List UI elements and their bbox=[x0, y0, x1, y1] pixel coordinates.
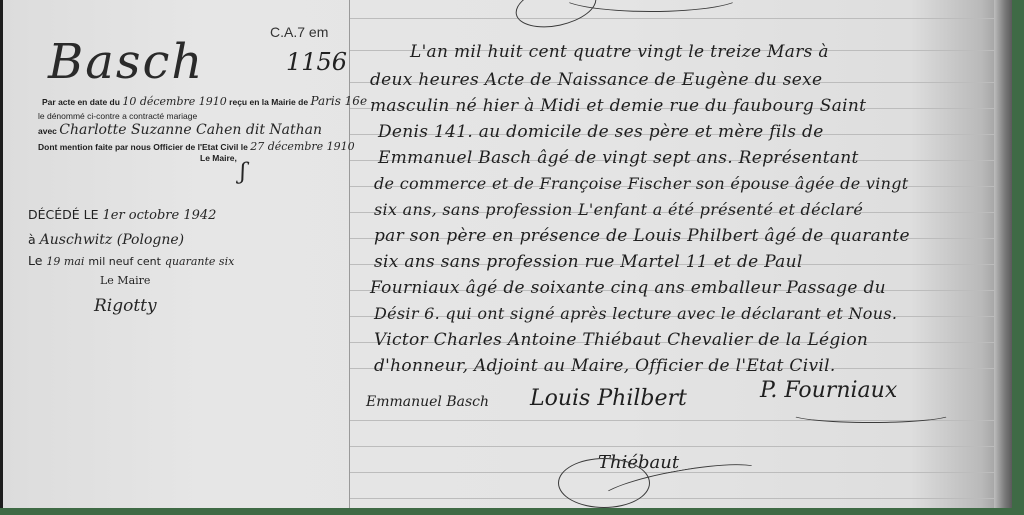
entry-number: 1156 bbox=[286, 48, 347, 76]
printed-text: à bbox=[28, 232, 36, 247]
printed-text: Dont mention faite par nous Officier de … bbox=[38, 142, 248, 152]
signature-witness-1: Louis Philbert bbox=[530, 386, 687, 411]
page-edge bbox=[0, 0, 3, 508]
death-label: DÉCÉDÉ LE bbox=[28, 207, 99, 222]
printed-text: mil neuf cent bbox=[88, 255, 161, 268]
handwritten-death-date: 1er octobre 1942 bbox=[103, 208, 217, 223]
register-page: Basch C.A.7 em 1156 Par acte en date du … bbox=[0, 0, 1012, 508]
body-line-8: par son père en présence de Louis Philbe… bbox=[374, 226, 910, 246]
body-line-6: de commerce et de Françoise Fischer son … bbox=[374, 174, 909, 193]
handwritten-day: 19 mai bbox=[46, 255, 84, 268]
death-note-line2: à Auschwitz (Pologne) bbox=[28, 232, 184, 248]
signature-father: Emmanuel Basch bbox=[366, 394, 489, 410]
ruled-line bbox=[350, 446, 1000, 447]
page-binding-shadow bbox=[994, 0, 1012, 508]
death-note-line1: DÉCÉDÉ LE 1er octobre 1942 bbox=[28, 207, 216, 223]
reference-code: C.A.7 em bbox=[270, 24, 328, 40]
ruled-line bbox=[350, 18, 1000, 19]
body-line-2: deux heures Acte de Naissance de Eugène … bbox=[370, 70, 822, 90]
printed-text: avec bbox=[38, 126, 57, 136]
death-note-line3: Le 19 mai mil neuf cent quarante six bbox=[28, 253, 234, 268]
handwritten-spouse-name: Charlotte Suzanne Cahen dit Nathan bbox=[59, 122, 322, 138]
marriage-note-line2: le dénommé ci-contre a contracté mariage bbox=[38, 111, 197, 121]
printed-text: reçu en la Mairie de bbox=[229, 97, 308, 107]
mayor-signature: Rigotty bbox=[94, 296, 157, 316]
handwritten-death-place: Auschwitz (Pologne) bbox=[40, 232, 184, 248]
printed-text: Par acte en date du bbox=[42, 97, 120, 107]
marriage-note-line4: Dont mention faite par nous Officier de … bbox=[38, 140, 355, 153]
handwritten-place: Paris 16e bbox=[310, 94, 367, 108]
marriage-note-line1: Par acte en date du 10 décembre 1910 reç… bbox=[42, 94, 367, 108]
body-line-5: Emmanuel Basch âgé de vingt sept ans. Re… bbox=[378, 148, 859, 168]
body-line-10: Fourniaux âgé de soixante cinq ans embal… bbox=[370, 278, 886, 298]
body-line-1: L'an mil huit cent quatre vingt le treiz… bbox=[410, 42, 829, 62]
marriage-note-line3: avec Charlotte Suzanne Cahen dit Nathan bbox=[38, 122, 322, 138]
mayor-signature-mark: ʃ bbox=[240, 160, 246, 185]
handwritten-date: 10 décembre 1910 bbox=[122, 95, 226, 108]
margin-line bbox=[349, 0, 350, 508]
body-line-9: six ans sans profession rue Martel 11 et… bbox=[374, 252, 803, 272]
body-line-13: d'honneur, Adjoint au Maire, Officier de… bbox=[374, 356, 836, 376]
body-line-11: Désir 6. qui ont signé après lecture ave… bbox=[374, 304, 897, 323]
body-line-7: six ans, sans profession L'enfant a été … bbox=[374, 200, 863, 219]
handwritten-date: 27 décembre 1910 bbox=[250, 140, 354, 153]
printed-text: Le bbox=[28, 253, 42, 268]
marriage-signoff: Le Maire, bbox=[200, 153, 237, 163]
signature-underline bbox=[790, 405, 952, 423]
surname-heading: Basch bbox=[48, 34, 204, 90]
signature-witness-2: P. Fourniaux bbox=[760, 378, 897, 403]
body-line-4: Denis 141. au domicile de ses père et mè… bbox=[378, 122, 824, 142]
handwritten-year: quarante six bbox=[165, 255, 234, 268]
death-signoff: Le Maire bbox=[100, 274, 150, 287]
body-line-12: Victor Charles Antoine Thiébaut Chevalie… bbox=[374, 330, 868, 350]
body-line-3: masculin né hier à Midi et demie rue du … bbox=[370, 96, 866, 116]
